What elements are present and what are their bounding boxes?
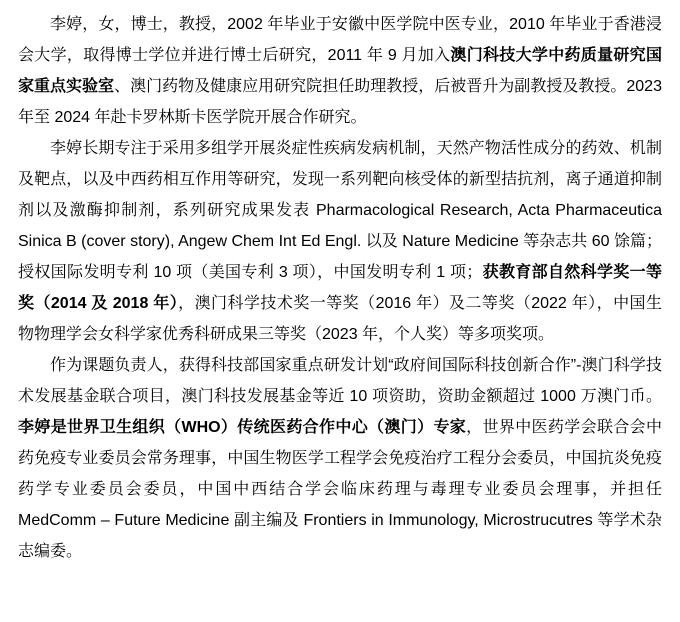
- text-run: 、澳门药物及健康应用研究院担任助理教授，后被晋升为副教授及教授。2023 年至 …: [18, 78, 662, 126]
- bold-text-run: 李婷是世界卫生组织（WHO）传统医药合作中心（澳门）专家: [18, 419, 466, 436]
- text-run: 作为课题负责人，获得科技部国家重点研发计划“政府间国际科技创新合作”-澳门科学技…: [18, 357, 662, 405]
- text-run: 李婷长期专注于采用多组学开展炎症性疾病发病机制，天然产物活性成分的药效、机制及靶…: [18, 140, 662, 281]
- bio-paragraph-grants-memberships: 作为课题负责人，获得科技部国家重点研发计划“政府间国际科技创新合作”-澳门科学技…: [18, 350, 662, 567]
- bio-paragraph-education: 李婷，女，博士，教授，2002 年毕业于安徽中医学院中医专业，2010 年毕业于…: [18, 9, 662, 133]
- bio-paragraph-research-awards: 李婷长期专注于采用多组学开展炎症性疾病发病机制，天然产物活性成分的药效、机制及靶…: [18, 133, 662, 350]
- text-run: ，世界中医药学会联合会中药免疫专业委员会常务理事，中国生物医学工程学会免疫治疗工…: [18, 419, 662, 560]
- document-page: 李婷，女，博士，教授，2002 年毕业于安徽中医学院中医专业，2010 年毕业于…: [0, 0, 680, 622]
